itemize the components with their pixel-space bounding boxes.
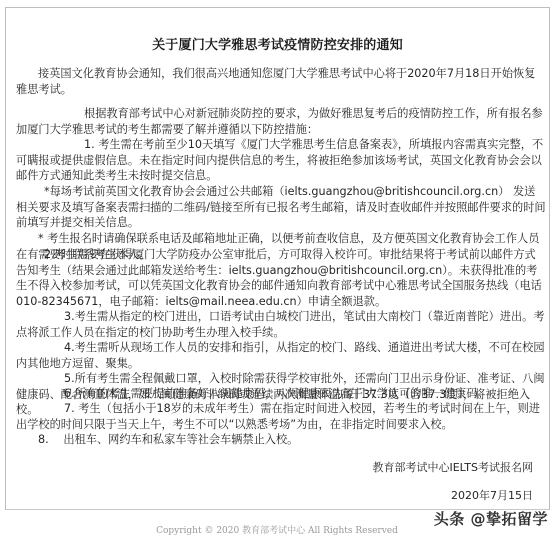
intro-paragraph: 接英国文化教育协会通知，我们很高兴地通知您厦门大学雅思考试中心将于2020年7月… bbox=[16, 66, 546, 97]
note-1: *每场考试前英国文化教育协会会通过公共邮箱（ielts.guangzhou@br… bbox=[16, 184, 546, 231]
notice-frame: 关于厦门大学雅思考试疫情防控安排的通知 接英国文化教育协会通知，我们很高兴地通知… bbox=[5, 7, 550, 510]
watermark: 头条 @挚拓留学 bbox=[434, 508, 548, 529]
item-8: 8. 出租车、网约车和私家车等社会车辆禁止入校。 bbox=[16, 432, 546, 448]
item-3: 3.考生需从指定的校门进出，口语考试由白城校门进出，笔试由大南校门（靠近南普陀）… bbox=[16, 309, 546, 340]
item-1: 1. 考生需在考前至少10天填写《厦门大学雅思考生信息备案表》，所填报内容需真实… bbox=[16, 137, 546, 184]
notice-date: 2020年7月15日 bbox=[451, 487, 533, 503]
item-7: 7. 考生（包括小于18岁的未成年考生）需在指定时间进入校园，若考生的考试时间在… bbox=[16, 401, 546, 432]
preamble-paragraph: 根据教育部考试中心对新冠肺炎防控的要求，为做好雅思复考后的疫情防控工作，所有报名… bbox=[16, 106, 546, 137]
item-4: 4.考生需听从现场工作人员的安排和指引，从指定的校门、路线、通道进出考试大楼，不… bbox=[16, 340, 546, 371]
signature: 教育部考试中心IELTS考试报名网 bbox=[372, 459, 533, 475]
notice-title: 关于厦门大学雅思考试疫情防控安排的通知 bbox=[6, 34, 549, 53]
item-2: 2.考生需要在获得厦门大学防疫办公室审批后，方可取得入校许可。审批结果将于考试前… bbox=[16, 247, 546, 309]
item-6: 6.所有的考生需要提前准备好八闽健康码，八闽健康码为厦门大学认可的唯一健康码。 bbox=[16, 386, 546, 402]
